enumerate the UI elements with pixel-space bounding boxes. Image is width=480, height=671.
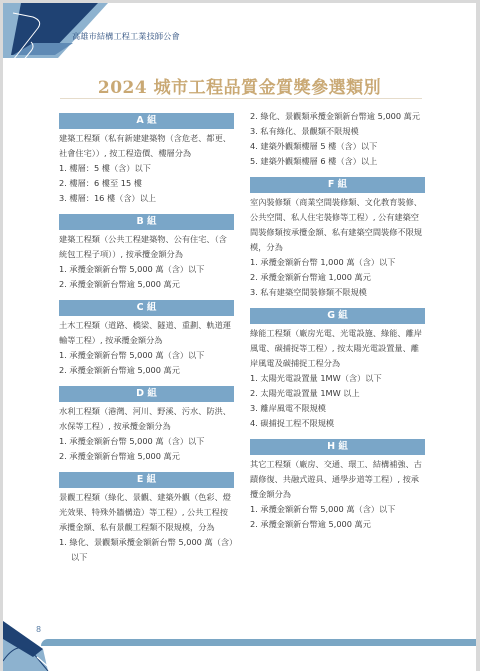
list-item: 1. 承攬金額新台幣 5,000 萬（含）以下 — [59, 434, 234, 449]
list-item: 2. 承攬金額新台幣逾 5,000 萬元 — [59, 449, 234, 464]
list-item: 1. 承攬金額新台幣 5,000 萬（含）以下 — [59, 262, 234, 277]
footer-bar — [41, 639, 476, 646]
list-item: 2. 綠化、景觀類承攬金額新台幣逾 5,000 萬元 — [250, 109, 425, 124]
corner-decoration-bottom — [3, 621, 63, 671]
group-description: 景觀工程類（綠化、景觀、建築外觀（色彩、燈光效果、特殊外牆構造）等工程）, 公共… — [59, 490, 234, 535]
group-description: 建築工程類（私有新建建築物（含危老、都更、社會住宅））, 按工程造價、樓層分為 — [59, 131, 234, 161]
list-item: 4. 建築外觀類樓層 5 樓（含）以下 — [250, 139, 425, 154]
group-c: C 組 土木工程類（道路、橋梁、隧道、重劃、軌道運輸等工程）, 按承攬金額分為 … — [59, 300, 234, 378]
list-item: 2. 承攬金額新台幣逾 5,000 萬元 — [59, 277, 234, 292]
group-description: 建築工程類（公共工程建築物、公有住宅、（含統包工程子項））, 按承攬金額分為 — [59, 232, 234, 262]
group-description: 土木工程類（道路、橋梁、隧道、重劃、軌道運輸等工程）, 按承攬金額分為 — [59, 318, 234, 348]
group-f: F 組 室內裝修類（商業空間裝修類、文化教育裝修、公共空間、私人住宅裝修等工程）… — [250, 177, 425, 300]
document-page: 高雄市結構工程工業技師公會 2024 城市工程品質金質獎參選類別 A 組 建築工… — [3, 3, 476, 671]
list-item: 3. 離岸風電不限規模 — [250, 401, 425, 416]
group-d: D 組 水利工程類（港灣、河川、野溪、污水、防洪、水保等工程）, 按承攬金額分為… — [59, 386, 234, 464]
list-item: 2. 承攬金額新台幣逾 1,000 萬元 — [250, 270, 425, 285]
group-header: B 組 — [59, 214, 234, 230]
title-divider — [60, 98, 422, 99]
group-header: D 組 — [59, 386, 234, 402]
group-header: H 組 — [250, 439, 425, 455]
group-header: C 組 — [59, 300, 234, 316]
list-item: 3. 私有建築空間裝修類不限規模 — [250, 285, 425, 300]
right-column: 2. 綠化、景觀類承攬金額新台幣逾 5,000 萬元 3. 私有綠化、景觀類不限… — [250, 109, 425, 540]
page-title: 2024 城市工程品質金質獎參選類別 — [3, 73, 476, 98]
list-item: 1. 承攬金額新台幣 1,000 萬（含）以下 — [250, 255, 425, 270]
group-header: F 組 — [250, 177, 425, 193]
list-item: 1. 樓層：5 樓（含）以下 — [59, 161, 234, 176]
group-e: E 組 景觀工程類（綠化、景觀、建築外觀（色彩、燈光效果、特殊外牆構造）等工程）… — [59, 472, 234, 565]
organization-name: 高雄市結構工程工業技師公會 — [72, 31, 180, 42]
group-h: H 組 其它工程類（廠房、交通、環工、結構補強、古蹟修復、共融式遊具、通學步道等… — [250, 439, 425, 532]
group-description: 室內裝修類（商業空間裝修類、文化教育裝修、公共空間、私人住宅裝修等工程）, 公有… — [250, 195, 425, 255]
list-item: 3. 私有綠化、景觀類不限規模 — [250, 124, 425, 139]
list-item: 1. 承攬金額新台幣 5,000 萬（含）以下 — [250, 502, 425, 517]
group-description: 水利工程類（港灣、河川、野溪、污水、防洪、水保等工程）, 按承攬金額分為 — [59, 404, 234, 434]
list-item: 4. 碳捕捉工程不限規模 — [250, 416, 425, 431]
list-item: 2. 太陽光電設置量 1MW 以上 — [250, 386, 425, 401]
group-description: 其它工程類（廠房、交通、環工、結構補強、古蹟修復、共融式遊具、通學步道等工程）,… — [250, 457, 425, 502]
group-b: B 組 建築工程類（公共工程建築物、公有住宅、（含統包工程子項））, 按承攬金額… — [59, 214, 234, 292]
list-item: 2. 樓層：6 樓至 15 樓 — [59, 176, 234, 191]
group-header: E 組 — [59, 472, 234, 488]
group-g: G 組 綠能工程類（廠房光電、光電設施、綠能、離岸風電、碳捕捉等工程）, 按太陽… — [250, 308, 425, 431]
group-a: A 組 建築工程類（私有新建建築物（含危老、都更、社會住宅））, 按工程造價、樓… — [59, 113, 234, 206]
list-item: 1. 承攬金額新台幣 5,000 萬（含）以下 — [59, 348, 234, 363]
list-item: 5. 建築外觀類樓層 6 樓（含）以上 — [250, 154, 425, 169]
group-header: G 組 — [250, 308, 425, 324]
group-description: 綠能工程類（廠房光電、光電設施、綠能、離岸風電、碳捕捉等工程）, 按太陽光電設置… — [250, 326, 425, 371]
group-e-continued: 2. 綠化、景觀類承攬金額新台幣逾 5,000 萬元 3. 私有綠化、景觀類不限… — [250, 109, 425, 169]
left-column: A 組 建築工程類（私有新建建築物（含危老、都更、社會住宅））, 按工程造價、樓… — [59, 113, 234, 573]
list-item: 1. 綠化、景觀類承攬金額新台幣 5,000 萬（含）以下 — [59, 535, 234, 565]
group-header: A 組 — [59, 113, 234, 129]
list-item: 2. 承攬金額新台幣逾 5,000 萬元 — [250, 517, 425, 532]
list-item: 3. 樓層：16 樓（含）以上 — [59, 191, 234, 206]
list-item: 1. 太陽光電設置量 1MW（含）以下 — [250, 371, 425, 386]
list-item: 2. 承攬金額新台幣逾 5,000 萬元 — [59, 363, 234, 378]
